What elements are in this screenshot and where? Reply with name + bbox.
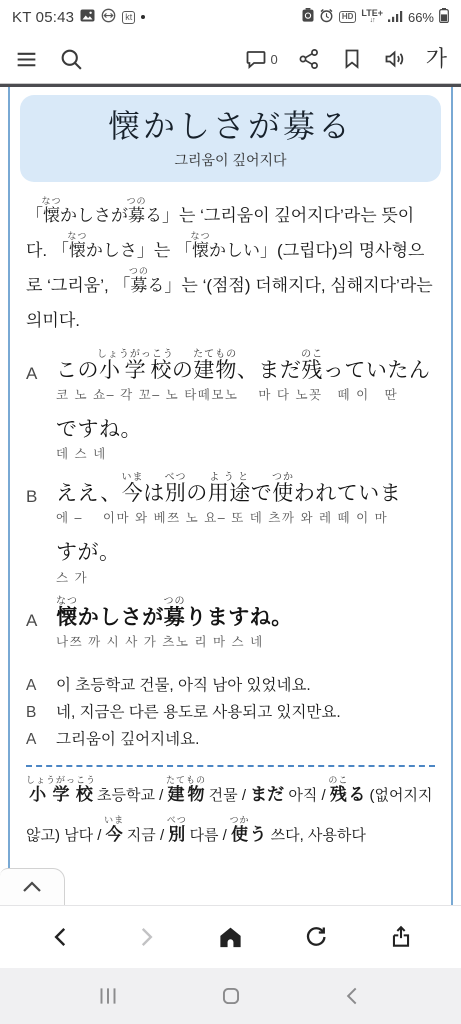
chevron-up-icon [22,881,42,893]
share-button[interactable] [297,47,321,71]
text-segment: っていたん [323,359,431,382]
korean-pronunciation: 코 노 쇼– 각 꼬– 노 타떼모노 마 다 노꼿 떼 이 딴 [56,385,435,403]
ruby-word: 別べつ [165,482,187,505]
japanese-line: ですね。 [56,417,435,443]
lesson-header-card: 懐かしさが募る 그리움이 깊어지다 [20,95,441,182]
refresh-icon [303,924,329,950]
korean-pronunciation: 스 가 [56,568,435,586]
text-segment: ですね。 [56,418,142,441]
dialogue-row: すが。스 가 [26,540,435,585]
korean-pronunciation: 에 – 이마 와 베쯔 노 요– 또 데 츠까 와 레 떼 이 마 [56,508,435,526]
speaker-label: A [26,672,56,699]
korean-pronunciation: 데 스 네 [56,444,435,462]
recents-button[interactable] [86,974,130,1018]
forward-button[interactable] [124,915,168,959]
home-button[interactable] [209,915,253,959]
text-segment: は [143,482,165,505]
furigana: べつ [165,472,187,483]
dialogue-row: ですね。데 스 네 [26,417,435,462]
furigana: つの [129,266,149,276]
translation-row: B네, 지금은 다른 용도로 사용되고 있지만요. [26,699,435,726]
ruby-word: 使つか [272,482,294,505]
furigana: なつ [56,596,78,607]
comment-count: 0 [271,52,278,67]
ruby-word: 懐なつ [43,206,60,225]
speaker-button[interactable] [383,47,407,71]
back-button[interactable] [39,915,83,959]
text-segment: かしさが [78,606,164,629]
text-segment: ええ、 [56,482,122,505]
text-segment: 다름 / [185,827,231,844]
furigana: しょうがっこう [26,775,96,785]
ruby-word: 小学校しょうがっこう [26,787,93,804]
furigana: べつ [167,815,187,825]
japanese-line: ええ、今いまは別べつの用途ようとで使つかわれていま [56,472,435,507]
ruby-word: 今いま [106,827,123,844]
text-segment: この [56,359,99,382]
furigana: いま [104,815,124,825]
right-border-line [451,87,453,905]
recents-icon [95,983,121,1009]
speaker-label [26,417,56,462]
furigana: つか [272,472,294,483]
translation-row: A그리움이 깊어지네요. [26,726,435,753]
battery-saver-icon [302,8,314,26]
ruby-word: 募つの [130,276,147,295]
ruby-word: 残のこ [301,359,323,382]
refresh-button[interactable] [294,915,338,959]
battery-percent: 66% [408,10,434,25]
dialogue-row: Aこの小学校しょうがっこうの建物たてもの、まだ残のこっていたん코 노 쇼– 각 … [26,349,435,403]
dashed-separator [26,765,435,767]
scroll-to-top-button[interactable] [0,868,65,905]
home-icon [217,924,244,951]
cast-icon [101,8,116,27]
korean-pronunciation: 나쯔 까 시 사 가 츠노 리 마 스 네 [56,632,435,650]
speaker-label: A [26,349,56,403]
text-segment: われていま [294,482,402,505]
dialogue-section: Aこの小学校しょうがっこうの建物たてもの、まだ残のこっていたん코 노 쇼– 각 … [26,349,435,650]
furigana: つか [229,815,249,825]
carrier-time: KT 05:43 [12,9,74,26]
text-segment: かしさ」는 「 [86,241,192,260]
ruby-word: 建物たてもの [167,787,204,804]
furigana: たてもの [166,775,206,785]
korean-translation: 네, 지금은 다른 용도로 사용되고 있지만요. [56,699,341,726]
text-segment: 건물 / [205,787,251,804]
android-home-button[interactable] [209,974,253,1018]
speaker-label: B [26,472,56,526]
text-segment: う [249,825,266,844]
lte-plus-icon: LTE+ ↓↑ [361,9,383,25]
text-segment: 、まだ [237,359,302,382]
furigana: なつ [191,231,211,241]
ruby-word: 募つの [128,206,145,225]
text-segment: まだ [250,785,284,804]
text-segment: りますね。 [185,606,293,629]
font-size-button[interactable]: 가 [426,48,447,70]
page-share-button[interactable] [379,915,423,959]
furigana: ようと [208,472,251,483]
explanation-paragraph: 「懐なつかしさが募つのる」는 ‘그리움이 깊어지다’라는 뜻이다. 「懐なつかし… [26,196,435,338]
gallery-icon [80,9,95,26]
text-segment: かしさが [60,206,128,225]
menu-button[interactable] [14,47,39,72]
ruby-word: 今いま [122,482,144,505]
page-content: 懐かしさが募る 그리움이 깊어지다 「懐なつかしさが募つのる」는 ‘그리움이 깊… [0,87,461,905]
ruby-word: 募つの [164,606,186,629]
translation-section: A이 초등학교 건물, 아직 남아 있었네요.B네, 지금은 다른 용도로 사용… [26,672,435,753]
japanese-line: 懐なつかしさが募つのりますね。 [56,596,435,631]
speaker-label: A [26,726,56,753]
notification-dot-icon [141,15,145,19]
speaker-label: B [26,699,56,726]
speaker-label [26,540,56,585]
lesson-title: 懐かしさが募る [28,105,433,148]
furigana: つの [127,196,147,206]
translation-row: A이 초등학교 건물, 아직 남아 있었네요. [26,672,435,699]
furigana: いま [122,472,144,483]
hd-voice-icon: HD [339,11,357,23]
android-home-icon [218,983,244,1009]
text-segment: 지금 / [123,827,169,844]
dialogue-row: A懐なつかしさが募つのりますね。나쯔 까 시 사 가 츠노 리 마 스 네 [26,596,435,650]
korean-translation: 이 초등학교 건물, 아직 남아 있었네요. [56,672,311,699]
ruby-word: 残のこ [330,787,349,804]
ruby-word: 懐なつ [69,241,86,260]
kt-notification-badge: kt [122,11,135,24]
browser-bottom-bar [0,905,461,968]
ruby-word: 小学校しょうがっこう [99,359,172,382]
furigana: なつ [67,231,87,241]
signal-strength-icon [388,9,403,26]
ruby-word: 懐なつ [192,241,209,260]
speaker-label: A [26,596,56,650]
text-segment: の [186,482,208,505]
vocabulary-paragraph: 小学校しょうがっこう 초등학교 / 建物たてもの 건물 / まだ 아직 / 残の… [26,775,435,855]
text-segment: 아직 / [284,787,330,804]
android-back-icon [340,983,366,1009]
text-segment: で [251,482,273,505]
text-segment: る [348,785,365,804]
lesson-subtitle: 그리움이 깊어지다 [28,150,433,170]
chevron-right-icon [133,924,159,950]
ruby-word: 使つか [231,827,250,844]
battery-icon [439,8,449,27]
japanese-line: すが。 [56,540,435,566]
comments-button[interactable]: 0 [244,47,278,71]
japanese-line: この小学校しょうがっこうの建物たてもの、まだ残のこっていたん [56,349,435,384]
alarm-icon [319,8,334,27]
search-button[interactable] [59,47,84,72]
share-up-icon [388,924,414,950]
furigana: つの [164,596,186,607]
furigana: しょうがっこう [97,349,174,360]
bookmark-button[interactable] [340,47,364,71]
ruby-word: 用途ようと [208,482,251,505]
ruby-word: 建物たてもの [193,359,237,382]
android-navigation-bar [0,968,461,1024]
text-segment: の [172,359,194,382]
korean-translation: 그리움이 깊어지네요. [56,726,199,753]
text-segment: 쓰다, 사용하다 [266,827,365,844]
chevron-left-icon [48,924,74,950]
furigana: のこ [328,775,348,785]
furigana: のこ [301,349,323,360]
dialogue-row: Bええ、今いまは別べつの用途ようとで使つかわれていま에 – 이마 와 베쯔 노 … [26,472,435,526]
ruby-word: 懐なつ [56,606,78,629]
furigana: なつ [42,196,62,206]
left-border-line [8,87,10,905]
text-segment: すが。 [56,541,121,564]
text-segment: 초등학교 / [93,787,168,804]
furigana: たてもの [193,349,237,360]
status-bar: KT 05:43 kt HD LTE+ ↓↑ [0,0,461,34]
text-segment: 「 [26,206,43,225]
browser-toolbar: 0 가 [0,34,461,84]
android-back-button[interactable] [331,974,375,1018]
phone-screen: KT 05:43 kt HD LTE+ ↓↑ [0,0,461,1024]
ruby-word: 別べつ [168,827,185,844]
